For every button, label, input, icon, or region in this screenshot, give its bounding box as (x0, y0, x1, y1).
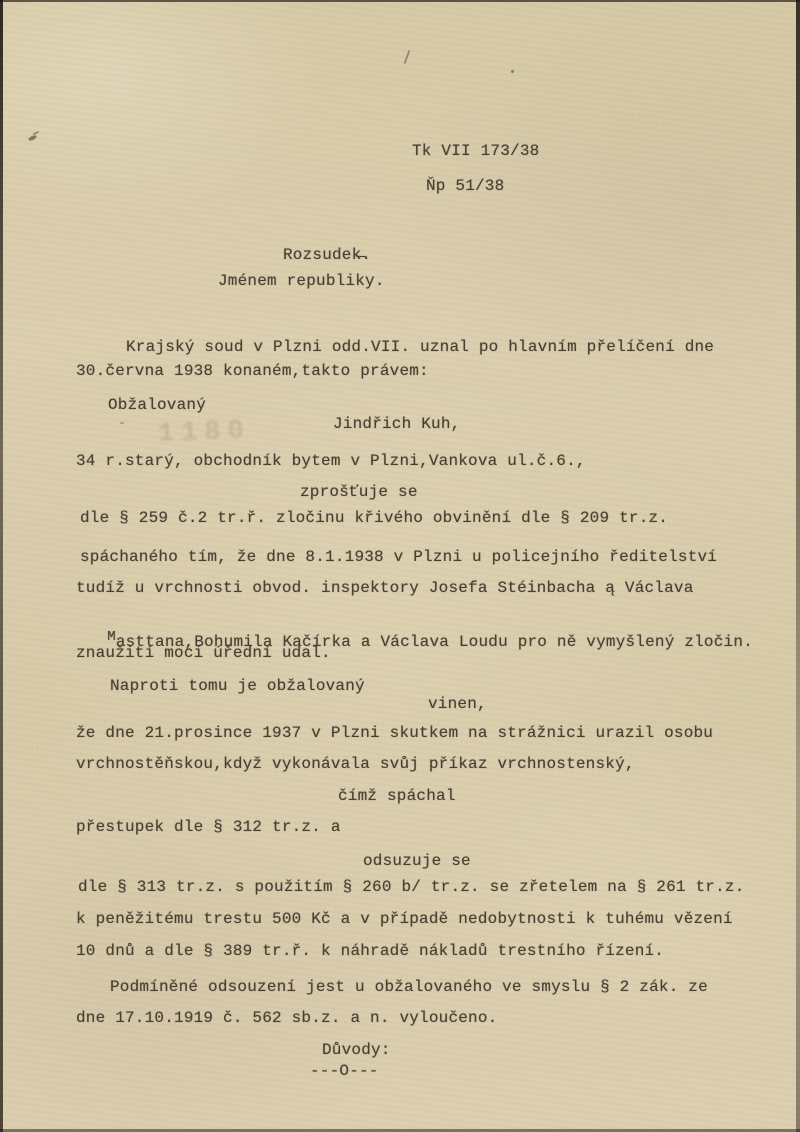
verdict-guilty-heading: vinen, (428, 694, 487, 714)
reasons-heading: Důvody: (322, 1040, 391, 1060)
defendant-name: Jindřich Kuh, (333, 414, 460, 434)
scan-edge-top (0, 0, 800, 2)
document-line: čímž spáchal (338, 786, 456, 806)
verdict-acquittal-heading: zprošťuje se (300, 482, 418, 502)
scanned-document-page: 1180 Tk VII 173/38 Ňp 51/38 Rozsudek̶. J… (0, 0, 800, 1132)
sentence-heading: odsuzuje se (363, 851, 471, 871)
document-line: 34 r.starý, obchodník bytem v Plzni,Vank… (76, 451, 586, 471)
ink-speck (120, 422, 124, 424)
document-subtitle: Jménem republiky. (218, 271, 385, 291)
case-number-np: Ňp 51/38 (426, 176, 504, 196)
document-title: Rozsudek̶. (283, 245, 371, 265)
scan-edge-left (0, 0, 3, 1132)
document-line: znaužití moci úřední udal. (76, 643, 331, 663)
document-line: Obžalovaný (108, 395, 206, 415)
document-line: dne 17.10.1919 č. 562 sb.z. a n. vylouče… (76, 1008, 497, 1028)
document-line: Naproti tomu je obžalovaný (110, 676, 365, 696)
case-number-tk: Tk VII 173/38 (412, 141, 539, 161)
document-line: tudíž u vrchnosti obvod. inspektory Jose… (76, 578, 694, 598)
ink-speck (28, 134, 38, 141)
document-line: 30.června 1938 konaném,takto právem: (76, 361, 429, 381)
ink-speck (511, 70, 514, 73)
document-line: 10 dnů a dle § 389 tr.ř. k náhradě nákla… (76, 941, 664, 961)
scan-edge-right (796, 0, 800, 1132)
document-line: dle § 259 č.2 tr.ř. zločinu křivého obvi… (80, 508, 668, 528)
document-line: spáchaného tím, že dne 8.1.1938 v Plzni … (80, 547, 717, 567)
document-line: že dne 21.prosince 1937 v Plzni skutkem … (76, 723, 713, 743)
ink-speck (404, 50, 411, 64)
document-line: dle § 313 tr.z. s použitím § 260 b/ tr.z… (78, 877, 745, 897)
document-line: Krajský soud v Plzni odd.VII. uznal po h… (126, 337, 714, 357)
document-line: přestupek dle § 312 tr.z. a (76, 817, 341, 837)
document-line: k peněžitému trestu 500 Kč a v případě n… (76, 909, 733, 929)
section-divider-dashes: ---O--- (310, 1061, 379, 1081)
document-line: Podmíněné odsouzení jest u obžalovaného … (110, 977, 708, 997)
faint-ghost-stamp: 1180 (158, 416, 252, 449)
document-line: vrchnostěňskou,když vykonávala svůj přík… (76, 754, 635, 774)
